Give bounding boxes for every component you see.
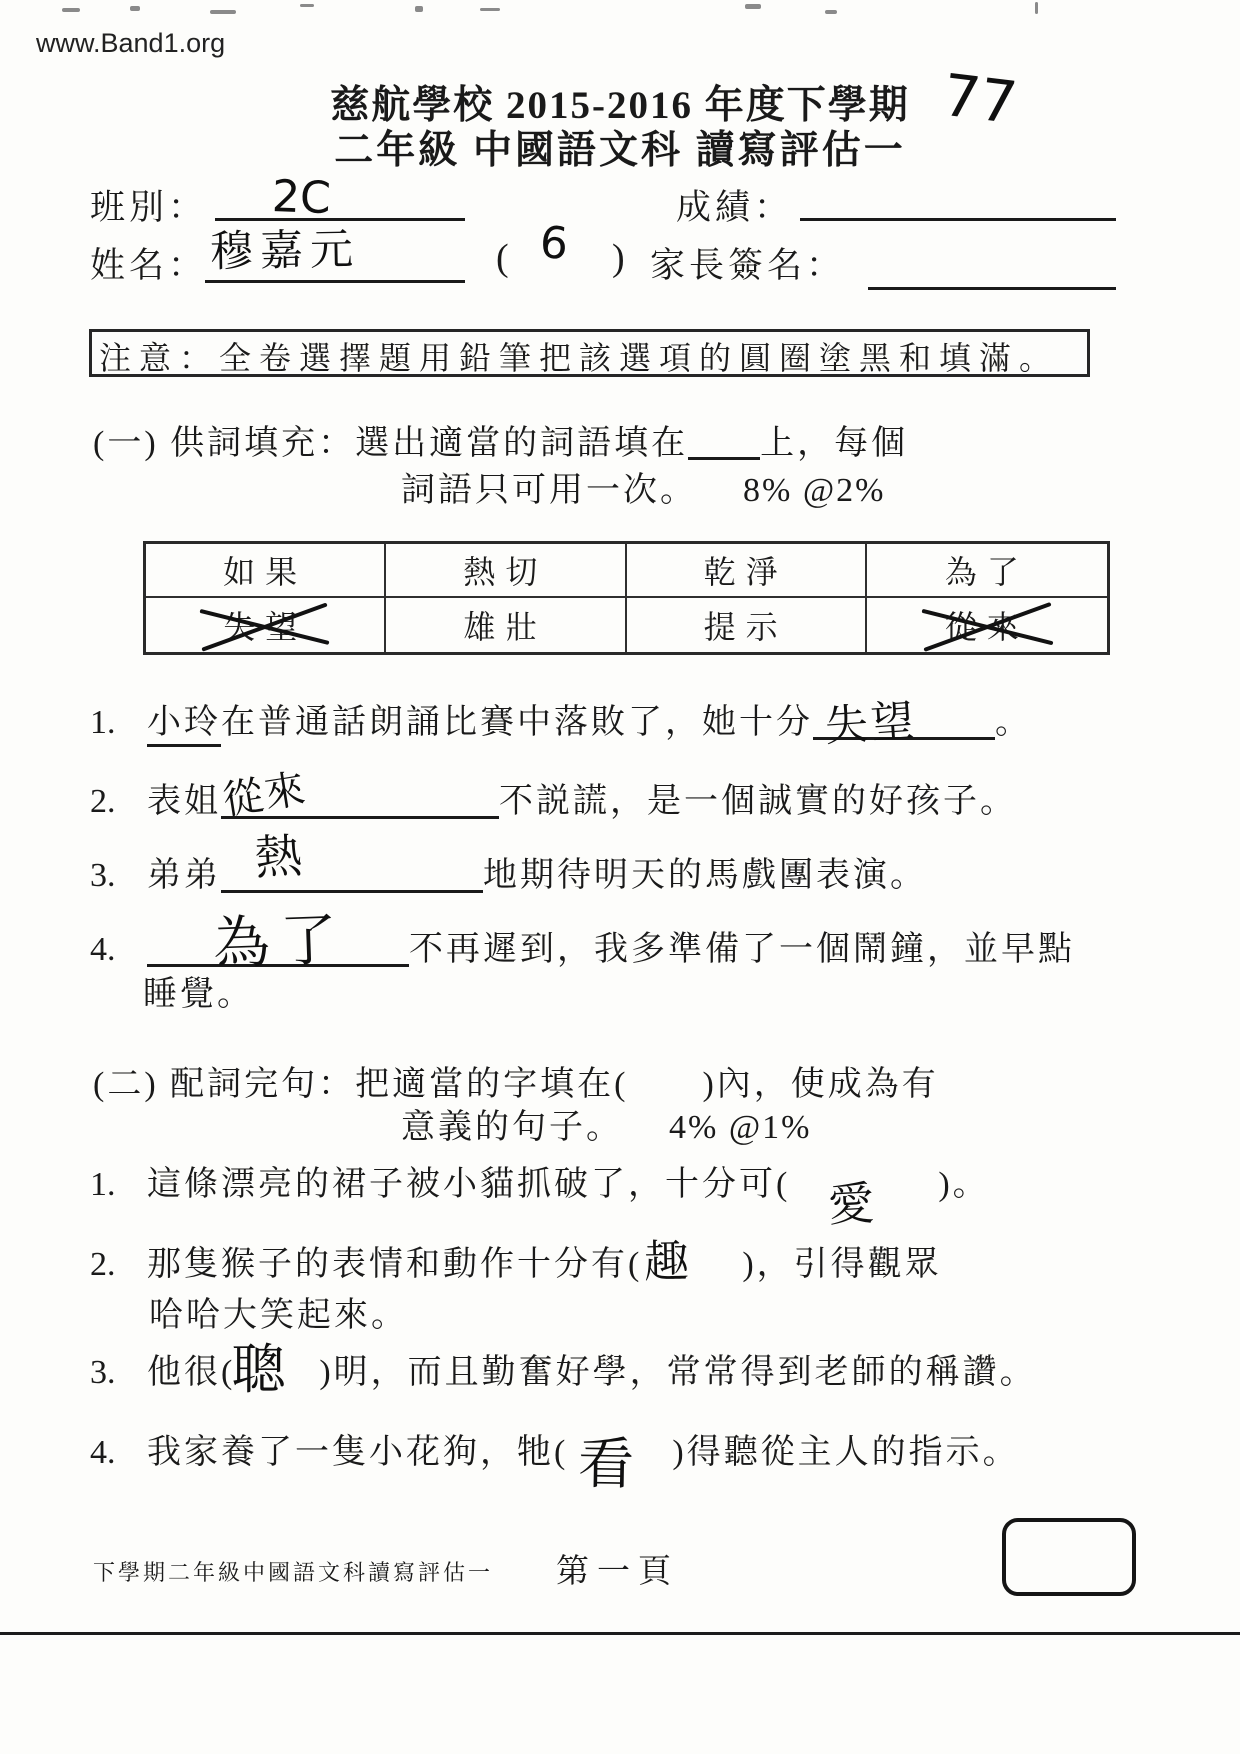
- answer-paren-gap[interactable]: 聰: [235, 1355, 319, 1387]
- class-field-line[interactable]: [215, 180, 465, 221]
- question-number: 1.: [90, 704, 147, 742]
- section2-marks: 4% @1%: [669, 1109, 811, 1146]
- exam-paper-page: www.Band1.org 慈航學校 2015-2016 年度下學期 二年級 中…: [0, 0, 1240, 1754]
- question-number: 2.: [90, 783, 147, 821]
- question-text: )明，而且勤奮好學，常常得到老師的稱讚。: [319, 1354, 1036, 1391]
- question-text: 他很(: [147, 1354, 235, 1391]
- question-number: 2.: [90, 1246, 147, 1284]
- section1-instruction: 詞語只可用一次。: [401, 472, 697, 509]
- question-text: 弟弟: [147, 857, 221, 894]
- word-bank-cell-crossed-out: 失望: [146, 598, 386, 652]
- word-bank-table: 如果 熱切 乾淨 為了 失望 雄壯 提示 從來: [143, 541, 1110, 655]
- handwritten-answer: 聰: [231, 1343, 288, 1397]
- question-number: 3.: [90, 1354, 147, 1392]
- answer-blank[interactable]: 為了: [147, 932, 409, 967]
- question-text: 表姐: [147, 783, 221, 820]
- section1-question-1: 1.小玲在普通話朗誦比賽中落敗了，她十分失望。: [90, 694, 1032, 743]
- section1-question-4: 4.為了不再遲到，我多準備了一個鬧鐘，並早點: [90, 921, 1075, 970]
- section2-heading-line2: 意義的句子。4% @1%: [401, 1099, 811, 1148]
- answer-blank[interactable]: 失望: [813, 705, 995, 740]
- handwritten-answer: 趣: [644, 1239, 693, 1285]
- answer-paren-gap[interactable]: 愛: [790, 1167, 938, 1199]
- section2-question-1: 1.這條漂亮的裙子被小貓抓破了，十分可(愛)。: [90, 1156, 990, 1205]
- grade-label: 成績：: [676, 180, 793, 230]
- question-text: 這條漂亮的裙子被小貓抓破了，十分可(: [147, 1166, 790, 1203]
- question-text: 地期待明天的馬戲團表演。: [483, 857, 927, 894]
- word-bank-cell: 雄壯: [386, 598, 626, 652]
- footer-page-number: 第一頁: [556, 1545, 679, 1592]
- word-bank-cell: 為了: [867, 544, 1107, 598]
- section2-heading-line1: (二) 配詞完句：把適當的字填在( )內，使成為有: [93, 1056, 939, 1105]
- handwritten-score: 77: [940, 66, 1020, 133]
- scan-artifact: [480, 8, 500, 11]
- question-number: 4.: [90, 1434, 147, 1472]
- word-bank-cell: 熱切: [386, 544, 626, 598]
- section2-question-3: 3.他很(聰)明，而且勤奮好學，常常得到老師的稱讚。: [90, 1344, 1037, 1393]
- section1-heading-suffix: 上，每個: [760, 425, 908, 462]
- question-number: 4.: [90, 931, 147, 969]
- section1-question-3: 3.弟弟熱地期待明天的馬戲團表演。: [90, 847, 927, 896]
- question-text: 。: [995, 704, 1032, 741]
- answer-paren-gap[interactable]: 趣: [642, 1247, 742, 1279]
- class-number-paren-close: ): [612, 236, 629, 280]
- grade-field-line[interactable]: [800, 180, 1116, 221]
- word-bank-cell: 提示: [627, 598, 867, 652]
- question-text: )，引得觀眾: [742, 1246, 941, 1283]
- handwritten-answer: 熱: [254, 833, 304, 882]
- section1-heading-line2: 詞語只可用一次。8% @2%: [401, 462, 885, 511]
- section2-question-2: 2.那隻猴子的表情和動作十分有(趣)，引得觀眾: [90, 1236, 942, 1285]
- word-bank-cell: 如果: [146, 544, 386, 598]
- scan-artifact: [745, 4, 761, 9]
- question-text: 我家養了一隻小花狗，牠(: [147, 1434, 568, 1471]
- question-number: 1.: [90, 1166, 147, 1204]
- section1-question-2: 2.表姐從來不説謊，是一個誠實的好孩子。: [90, 773, 1017, 822]
- question-text: 不説謊，是一個誠實的好孩子。: [499, 783, 1017, 820]
- word-bank-cell: 乾淨: [627, 544, 867, 598]
- section1-question-4-line2: 睡覺。: [143, 966, 254, 1015]
- site-watermark: www.Band1.org: [36, 28, 225, 59]
- handwritten-answer: 愛: [827, 1180, 878, 1229]
- question-text: 不再遲到，我多準備了一個鬧鐘，並早點: [409, 931, 1075, 968]
- handwritten-class-number: 6: [538, 221, 569, 267]
- scan-artifact: [300, 4, 314, 7]
- question-text: 在普通話朗誦比賽中落敗了，她十分: [221, 704, 813, 741]
- question-text: )得聽從主人的指示。: [672, 1434, 1019, 1471]
- scan-artifact: [415, 6, 423, 12]
- scan-artifact: [62, 8, 80, 12]
- answer-paren-gap[interactable]: 看: [568, 1435, 672, 1467]
- notice-box: 注意：全卷選擇題用鉛筆把該選項的圓圈塗黑和填滿。: [89, 329, 1090, 377]
- class-number-paren-open: (: [496, 236, 513, 280]
- handwritten-name: 穆嘉元: [210, 229, 361, 275]
- scan-artifact: [825, 10, 837, 14]
- parent-signature-line[interactable]: [868, 245, 1116, 290]
- handwritten-answer: 從來: [220, 769, 309, 822]
- answer-blank[interactable]: 熱: [221, 858, 483, 893]
- parent-signature-label: 家長簽名：: [650, 238, 845, 288]
- exam-title-line2: 二年級 中國語文科 讀寫評估一: [0, 119, 1240, 175]
- underlined-word: 小玲: [147, 704, 221, 747]
- question-text: )。: [938, 1166, 989, 1203]
- section1-heading-prefix: (一) 供詞填充：選出適當的詞語填在: [93, 425, 688, 462]
- handwritten-answer: 為了: [212, 912, 348, 974]
- question-number: 3.: [90, 857, 147, 895]
- score-stamp-box: [1002, 1518, 1136, 1596]
- answer-blank[interactable]: 從來: [221, 784, 499, 819]
- scan-artifact: [210, 10, 236, 14]
- heading-blank-line: [688, 427, 760, 460]
- section2-question-4: 4.我家養了一隻小花狗，牠(看)得聽從主人的指示。: [90, 1424, 1020, 1473]
- handwritten-class-value: 2C: [271, 175, 331, 221]
- section1-marks: 8% @2%: [743, 472, 885, 509]
- handwritten-answer: 失望: [824, 700, 919, 749]
- word-bank-cell-crossed-out: 從來: [867, 598, 1107, 652]
- section1-heading-line1: (一) 供詞填充：選出適當的詞語填在上，每個: [93, 415, 908, 464]
- scan-artifact: [130, 6, 140, 11]
- section2-question-2-line2: 哈哈大笑起來。: [149, 1287, 408, 1336]
- footer-document-title: 下學期二年級中國語文科讀寫評估一: [93, 1556, 493, 1587]
- question-text: 那隻猴子的表情和動作十分有(: [147, 1246, 642, 1283]
- name-label: 姓名：: [90, 238, 207, 288]
- section2-instruction: 意義的句子。: [401, 1109, 623, 1146]
- footer-divider-line: [0, 1632, 1240, 1635]
- handwritten-answer: 看: [578, 1436, 638, 1493]
- class-label: 班別：: [90, 180, 207, 230]
- scan-artifact: [1035, 2, 1038, 14]
